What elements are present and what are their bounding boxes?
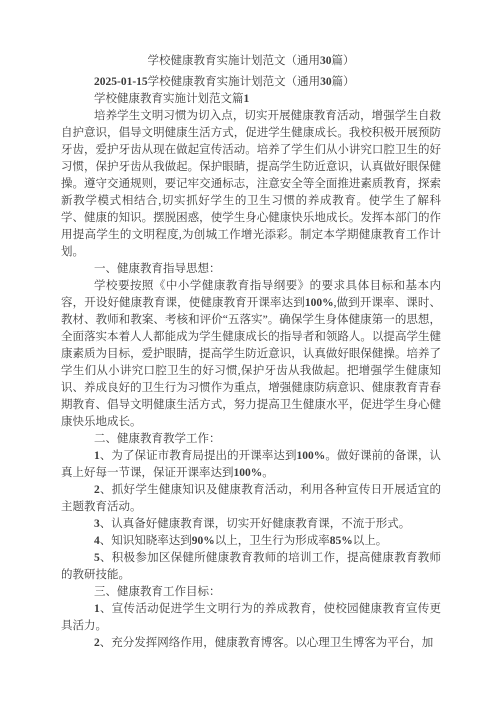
numbered-item: 2、充分发挥网络作用，健康教育博客。以心理卫生博客为平台，加: [61, 635, 441, 652]
numbered-item: 4、知识知晓率达到90%以上，卫生行为形成率85%以上。: [61, 533, 441, 550]
section-heading: 一、健康教育指导思想：: [61, 261, 441, 278]
numbered-item: 1、宣传活动促进学生文明行为的养成教育，使校园健康教育宣传更具活力。: [61, 601, 441, 635]
document-body: 培养学生文明习惯为切入点，切实开展健康教育活动，增强学生自救自护意识，倡导文明健…: [61, 108, 441, 652]
numbered-item: 1、为了保证市教育局提出的开课率达到100%。做好课前的备课，认真上好每一节课，…: [61, 448, 441, 482]
document-title: 学校健康教育实施计划范文（通用30篇）: [61, 53, 441, 70]
section-heading: 三、健康教育工作目标：: [61, 584, 441, 601]
document-subtitle: 学校健康教育实施计划范文篇1: [61, 91, 441, 108]
section-heading: 二、健康教育教学工作：: [61, 431, 441, 448]
body-paragraph: 培养学生文明习惯为切入点，切实开展健康教育活动，增强学生自救自护意识，倡导文明健…: [61, 108, 441, 261]
date-title-line: 2025-01-15学校健康教育实施计划范文（通用30篇）: [61, 74, 441, 91]
numbered-item: 3、认真备好健康教育课，切实开好健康教育课，不流于形式。: [61, 516, 441, 533]
document-page: 学校健康教育实施计划范文（通用30篇） 2025-01-15学校健康教育实施计划…: [0, 0, 500, 707]
numbered-item: 2、抓好学生健康知识及健康教育活动，利用各种宣传日开展适宜的主题教育活动。: [61, 482, 441, 516]
numbered-item: 5、积极参加区保健所健康教育教师的培训工作，提高健康教育教师的教研技能。: [61, 550, 441, 584]
body-paragraph: 学校要按照《中小学健康教育指导纲要》的要求具体目标和基本内容，开设好健康教育课，…: [61, 278, 441, 431]
